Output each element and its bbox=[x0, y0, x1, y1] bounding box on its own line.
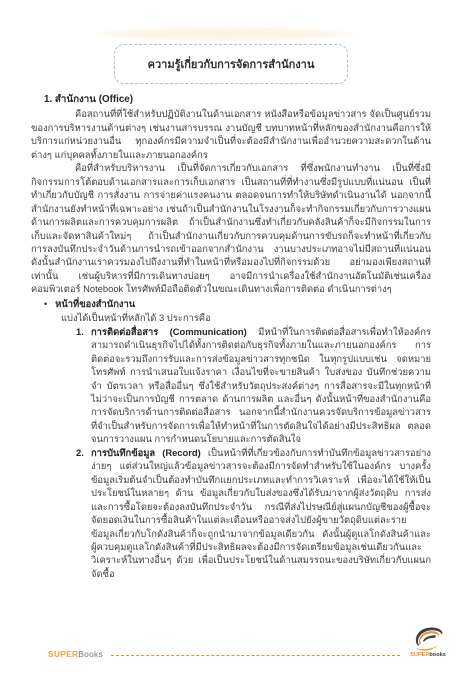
footer-brand-super: SUPER bbox=[48, 649, 78, 659]
list-item-record: 2. การบันทึกข้อมูล (Record) เป็นหน้าที่ท… bbox=[76, 446, 431, 581]
duties-heading: หน้าที่ของสำนักงาน bbox=[55, 297, 135, 310]
footer-brand-books: Books bbox=[78, 649, 103, 659]
footer-dashed-divider bbox=[111, 655, 400, 656]
list-item-number: 1. bbox=[76, 325, 91, 446]
footer-logo: SUPERbooks bbox=[406, 626, 450, 659]
page-footer: SUPERBooks SUPERbooks bbox=[48, 626, 450, 659]
footer-logo-text: SUPERbooks bbox=[410, 652, 446, 659]
list-item-body: การบันทึกข้อมูล (Record) เป็นหน้าที่ที่เ… bbox=[91, 446, 431, 581]
list-item-body: การติดต่อสื่อสาร (Communication) มีหน้าท… bbox=[91, 325, 431, 446]
list-item-number: 2. bbox=[76, 446, 91, 581]
footer-brand: SUPERBooks bbox=[48, 649, 103, 659]
duties-section: • หน้าที่ของสำนักงาน แบ่งได้เป็นหน้าที่ห… bbox=[31, 297, 431, 581]
page-title: ความรู้เกี่ยวกับการจัดการสำนักงาน bbox=[114, 44, 348, 84]
list-item-communication: 1. การติดต่อสื่อสาร (Communication) มีหน… bbox=[76, 325, 431, 446]
paragraph-office-definition-1: คือสถานที่ที่ใช้สำหรับปฏิบัติงานในด้านเอ… bbox=[31, 107, 431, 161]
list-item-text: มีหน้าที่ในการติดต่อสื่อสารเพื่อทำให้องค… bbox=[91, 326, 431, 445]
document-page: ความรู้เกี่ยวกับการจัดการสำนักงาน 1. สำน… bbox=[0, 0, 462, 679]
superbooks-swoosh-icon bbox=[411, 626, 445, 652]
footer-logo-super: SUPER bbox=[410, 652, 429, 658]
duties-heading-row: • หน้าที่ของสำนักงาน bbox=[44, 297, 431, 311]
footer-logo-books: books bbox=[429, 652, 445, 658]
duties-intro: แบ่งได้เป็นหน้าที่หลักได้ 3 ประการคือ bbox=[61, 311, 431, 324]
list-item-text: เป็นหน้าที่ที่เกี่ยวข้องกับการทำบันทึกข้… bbox=[91, 447, 431, 579]
bullet-icon: • bbox=[44, 298, 47, 311]
top-decorative-wave bbox=[95, 27, 355, 41]
section-heading-office: 1. สำนักงาน (Office) bbox=[44, 93, 431, 106]
paragraph-office-definition-2: คือที่สำหรับบริหารงาน เป็นที่จัดการเกี่ย… bbox=[31, 161, 431, 296]
title-container: ความรู้เกี่ยวกับการจัดการสำนักงาน bbox=[0, 44, 462, 84]
document-body: 1. สำนักงาน (Office) คือสถานที่ที่ใช้สำห… bbox=[31, 93, 431, 580]
list-item-term: การบันทึกข้อมูล (Record) bbox=[91, 447, 201, 458]
list-item-term: การติดต่อสื่อสาร (Communication) bbox=[91, 326, 247, 337]
